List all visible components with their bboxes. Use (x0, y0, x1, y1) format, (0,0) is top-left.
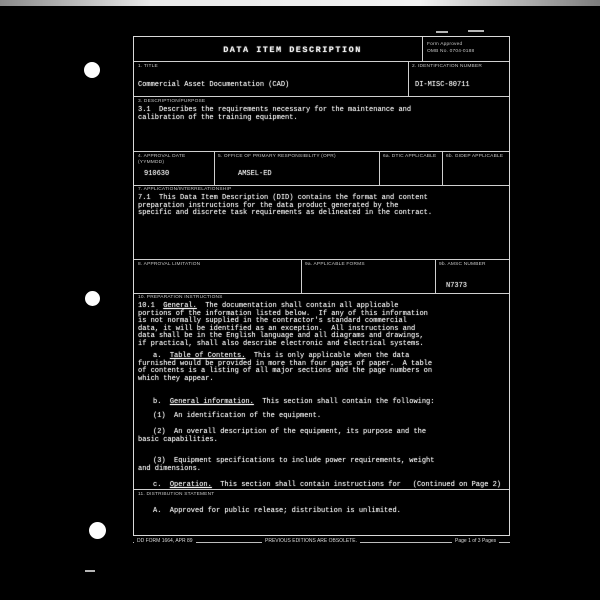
field-4-approval-date-label2: (YYMMDD) (138, 160, 164, 165)
para-post: This section shall contain the following… (254, 398, 435, 406)
para-pre: c. (153, 481, 170, 489)
rule (134, 96, 509, 97)
rule (134, 489, 509, 490)
para-heading: Operation. (170, 481, 212, 489)
rule (301, 259, 302, 293)
form-title: DATA ITEM DESCRIPTION (164, 45, 421, 55)
rule (134, 61, 509, 62)
field-4-approval-date-label: 4. APPROVAL DATE (138, 154, 185, 159)
prep-line: which they appear. (138, 376, 214, 384)
footer-form-number: DD FORM 1664, APR 89 (134, 538, 196, 544)
rule (134, 151, 509, 152)
footer-page-number: Page 1 of 3 Pages (452, 538, 499, 544)
field-8-approval-limitation-label: 8. APPROVAL LIMITATION (138, 262, 200, 267)
rule (134, 185, 509, 186)
rule (408, 61, 409, 96)
para-pre: a. (153, 352, 170, 360)
field-2-id-value: DI-MISC-80711 (415, 82, 470, 90)
scanned-document-page: DATA ITEM DESCRIPTION Form Approved OMB … (0, 0, 600, 600)
para-heading: Table of Contents. (170, 352, 246, 360)
field-4-approval-date-value: 910630 (144, 171, 169, 179)
field-9a-applicable-forms-label: 9a. APPLICABLE FORMS (305, 262, 365, 267)
prep-line: if practical, shall also describe electr… (138, 341, 424, 349)
field-6b-gidep-label: 6b. GIDEP APPLICABLE (446, 154, 503, 159)
rule (422, 37, 423, 61)
field-5-opr-value: AMSEL-ED (238, 171, 272, 179)
field-7-application-label: 7. APPLICATION/INTERRELATIONSHIP (138, 187, 231, 192)
field-11-distribution-label: 11. DISTRIBUTION STATEMENT (138, 492, 214, 497)
para-heading: General information. (170, 398, 254, 406)
omb-number-label: OMB No. 0704-0188 (427, 49, 474, 54)
para-post: The documentation shall contain all appl… (197, 302, 399, 310)
prep-line: and dimensions. (138, 466, 201, 474)
distribution-statement: A. Approved for public release; distribu… (153, 508, 401, 516)
para-post: This is only applicable when the data (245, 352, 409, 360)
field-6a-dtic-label: 6a. DTIC APPLICABLE (383, 154, 436, 159)
rule (442, 151, 443, 185)
rule (134, 259, 509, 260)
para-pre: b. (153, 398, 170, 406)
field-9b-amsc-value: N7373 (446, 283, 467, 291)
dd-form-1664: DATA ITEM DESCRIPTION Form Approved OMB … (133, 36, 510, 536)
prep-paragraph-b: b. General information. This section sha… (153, 399, 434, 407)
application-line: specific and discrete task requirements … (138, 210, 432, 218)
scan-layer: DATA ITEM DESCRIPTION Form Approved OMB … (0, 0, 600, 600)
rule (379, 151, 380, 185)
field-10-prep-label: 10. PREPARATION INSTRUCTIONS (138, 295, 223, 300)
rule (435, 259, 436, 293)
prep-line: basic capabilities. (138, 437, 218, 445)
scan-artifact-mark (436, 31, 448, 33)
desc-line: calibration of the training equipment. (138, 115, 298, 123)
para-pre: 10.1 (138, 302, 163, 310)
prep-item-1: (1) An identification of the equipment. (153, 413, 321, 421)
rule (214, 151, 215, 185)
field-9b-amsc-label: 9b. AMSC NUMBER (439, 262, 486, 267)
para-heading: General. (163, 302, 197, 310)
field-3-desc-label: 3. DESCRIPTION/PURPOSE (138, 99, 205, 104)
scan-artifact-mark (468, 30, 484, 32)
field-1-title-value: Commercial Asset Documentation (CAD) (138, 82, 289, 90)
field-2-id-label: 2. IDENTIFICATION NUMBER (412, 64, 482, 69)
rule (134, 293, 509, 294)
para-post: This section shall contain instructions … (212, 481, 401, 489)
footer-editions-note: PREVIOUS EDITIONS ARE OBSOLETE. (262, 538, 360, 544)
field-1-title-label: 1. TITLE (138, 64, 158, 69)
omb-approved-label: Form Approved (427, 42, 462, 47)
field-5-opr-label: 5. OFFICE OF PRIMARY RESPONSIBILITY (OPR… (218, 154, 336, 159)
